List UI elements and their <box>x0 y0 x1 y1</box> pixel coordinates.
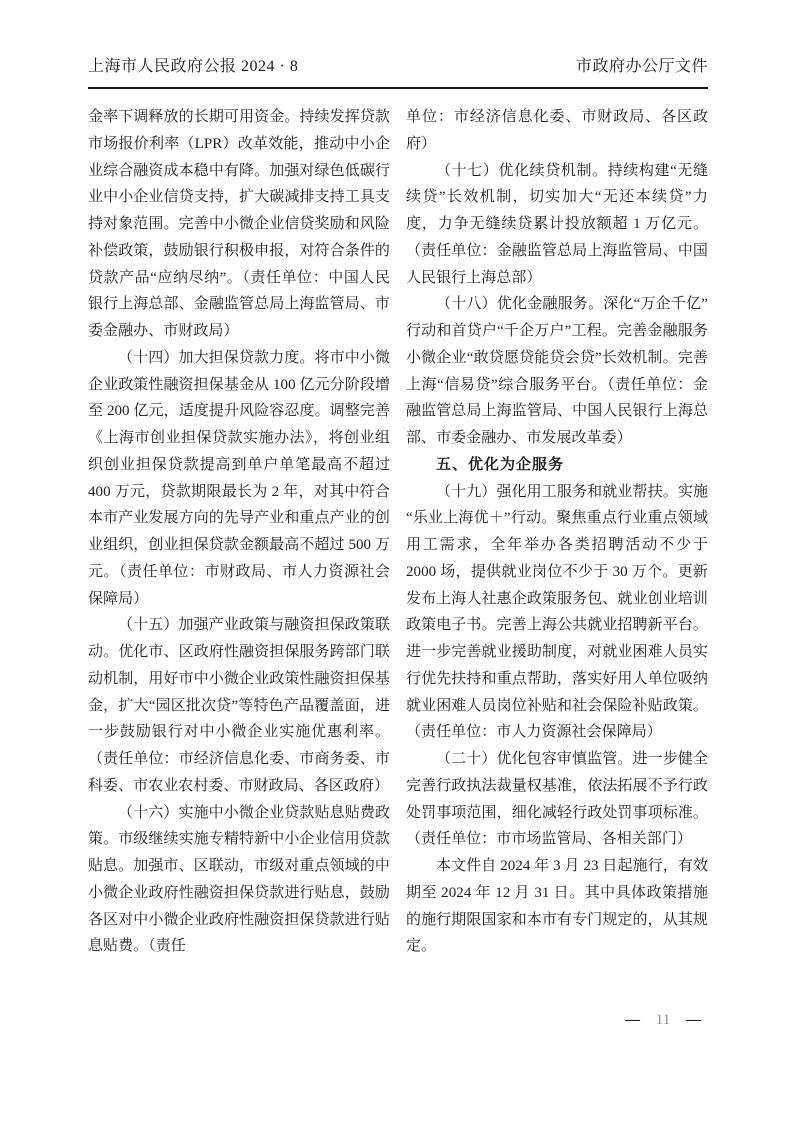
document-category: 市政府办公厅文件 <box>576 56 708 78</box>
body-paragraph-item-14: （十四）加大担保贷款力度。将市中小微企业政策性融资担保基金从 100 亿元分阶段… <box>88 345 390 613</box>
left-column: 金率下调释放的长期可用资金。持续发挥贷款市场报价利率（LPR）改革效能，推动中小… <box>88 104 390 960</box>
document-page: 上海市人民政府公报 2024 · 8 市政府办公厅文件 金率下调释放的长期可用资… <box>0 0 793 1122</box>
page-number-dash-left: — <box>625 1012 640 1028</box>
body-paragraph-continuation: 单位：市经济信息化委、市财政局、各区政府） <box>406 104 708 158</box>
two-column-body: 金率下调释放的长期可用资金。持续发挥贷款市场报价利率（LPR）改革效能，推动中小… <box>88 104 708 960</box>
body-paragraph-effective-date: 本文件自 2024 年 3 月 23 日起施行，有效期至 2024 年 12 月… <box>406 853 708 960</box>
page-header: 上海市人民政府公报 2024 · 8 市政府办公厅文件 <box>88 56 708 89</box>
body-paragraph-item-18: （十八）优化金融服务。深化“万企千亿”行动和首贷户“千企万户”工程。完善金融服务… <box>406 291 708 452</box>
right-column: 单位：市经济信息化委、市财政局、各区政府） （十七）优化续贷机制。持续构建“无缝… <box>406 104 708 960</box>
gazette-title: 上海市人民政府公报 2024 · 8 <box>88 56 298 78</box>
body-paragraph-item-16: （十六）实施中小微企业贷款贴息贴费政策。市级继续实施专精特新中小企业信用贷款贴息… <box>88 800 390 961</box>
body-paragraph-continuation: 金率下调释放的长期可用资金。持续发挥贷款市场报价利率（LPR）改革效能，推动中小… <box>88 104 390 345</box>
page-number: — 11 — <box>625 1010 701 1030</box>
body-paragraph-item-20: （二十）优化包容审慎监管。进一步健全完善行政执法裁量权基准，依法拓展不予行政处罚… <box>406 746 708 853</box>
section-heading-5: 五、优化为企服务 <box>406 452 708 479</box>
body-paragraph-item-19: （十九）强化用工服务和就业帮扶。实施“乐业上海优＋”行动。聚焦重点行业重点领域用… <box>406 479 708 747</box>
page-number-dash-right: — <box>686 1012 701 1028</box>
body-paragraph-item-17: （十七）优化续贷机制。持续构建“无缝续贷”长效机制，切实加大“无还本续贷”力度，… <box>406 158 708 292</box>
page-number-value: 11 <box>656 1012 670 1028</box>
body-paragraph-item-15: （十五）加强产业政策与融资担保政策联动。优化市、区政府性融资担保服务跨部门联动机… <box>88 612 390 799</box>
